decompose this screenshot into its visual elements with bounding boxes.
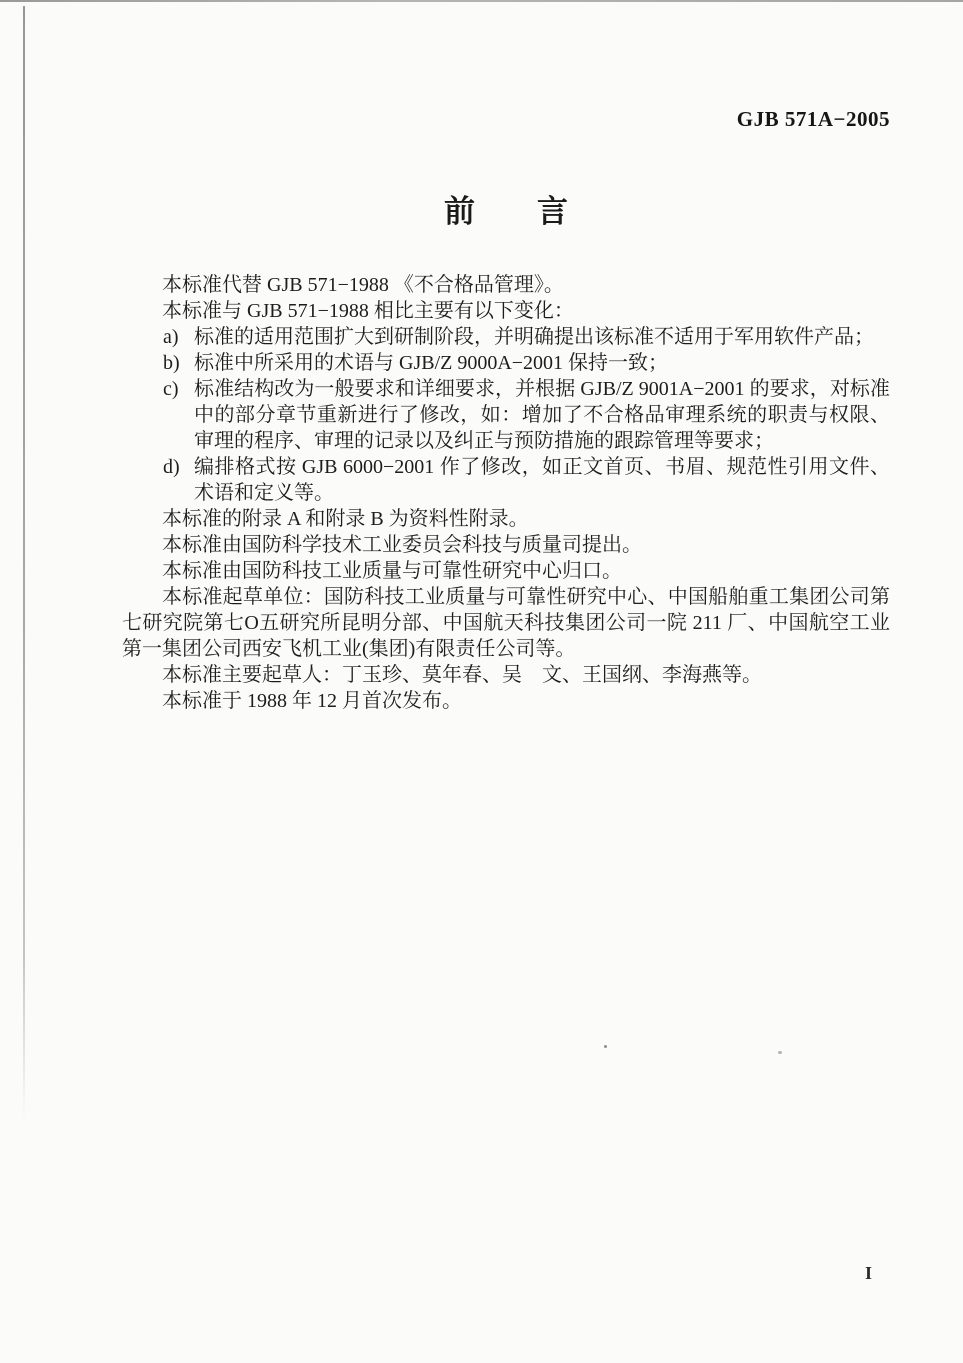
list-item-b-text: 标准中所采用的术语与 GJB/Z 9000A−2001 保持一致； <box>194 350 890 376</box>
standard-code: GJB 571A−2005 <box>737 107 890 132</box>
foreword-body: 本标准代替 GJB 571−1988 《不合格品管理》。 本标准与 GJB 57… <box>122 272 890 714</box>
paragraph-drafters: 本标准主要起草人：丁玉珍、莫年春、吴 文、王国纲、李海燕等。 <box>122 662 890 688</box>
scan-speck <box>604 1045 607 1048</box>
scan-top-edge <box>0 0 963 2</box>
paragraph-annexes: 本标准的附录 A 和附录 B 为资料性附录。 <box>122 506 890 532</box>
paragraph-proposed-by: 本标准由国防科学技术工业委员会科技与质量司提出。 <box>122 532 890 558</box>
list-marker-a: a) <box>163 324 194 350</box>
list-item-c: c) 标准结构改为一般要求和详细要求，并根据 GJB/Z 9001A−2001 … <box>122 376 890 454</box>
list-item-c-text: 标准结构改为一般要求和详细要求，并根据 GJB/Z 9001A−2001 的要求… <box>194 376 890 454</box>
page-number: I <box>865 1263 872 1284</box>
list-item-a: a) 标准的适用范围扩大到研制阶段，并明确提出该标准不适用于军用软件产品； <box>122 324 890 350</box>
paragraph-replaces: 本标准代替 GJB 571−1988 《不合格品管理》。 <box>122 272 890 298</box>
paragraph-centralized-by: 本标准由国防科技工业质量与可靠性研究中心归口。 <box>122 558 890 584</box>
paragraph-first-issued: 本标准于 1988 年 12 月首次发布。 <box>122 688 890 714</box>
scan-fold-line <box>23 6 25 1121</box>
list-marker-c: c) <box>163 376 194 454</box>
list-marker-b: b) <box>163 350 194 376</box>
scan-speck <box>778 1051 782 1054</box>
list-item-b: b) 标准中所采用的术语与 GJB/Z 9000A−2001 保持一致； <box>122 350 890 376</box>
list-marker-d: d) <box>163 454 194 506</box>
page-title: 前 言 <box>122 186 890 231</box>
paragraph-drafting-organizations: 本标准起草单位：国防科技工业质量与可靠性研究中心、中国船舶重工集团公司第七研究院… <box>122 584 890 662</box>
document-page: GJB 571A−2005 前 言 本标准代替 GJB 571−1988 《不合… <box>0 0 963 1363</box>
list-item-d-text: 编排格式按 GJB 6000−2001 作了修改，如正文首页、书眉、规范性引用文… <box>194 454 890 506</box>
paragraph-changes-intro: 本标准与 GJB 571−1988 相比主要有以下变化： <box>122 298 890 324</box>
list-item-a-text: 标准的适用范围扩大到研制阶段，并明确提出该标准不适用于军用软件产品； <box>194 324 890 350</box>
list-item-d: d) 编排格式按 GJB 6000−2001 作了修改，如正文首页、书眉、规范性… <box>122 454 890 506</box>
